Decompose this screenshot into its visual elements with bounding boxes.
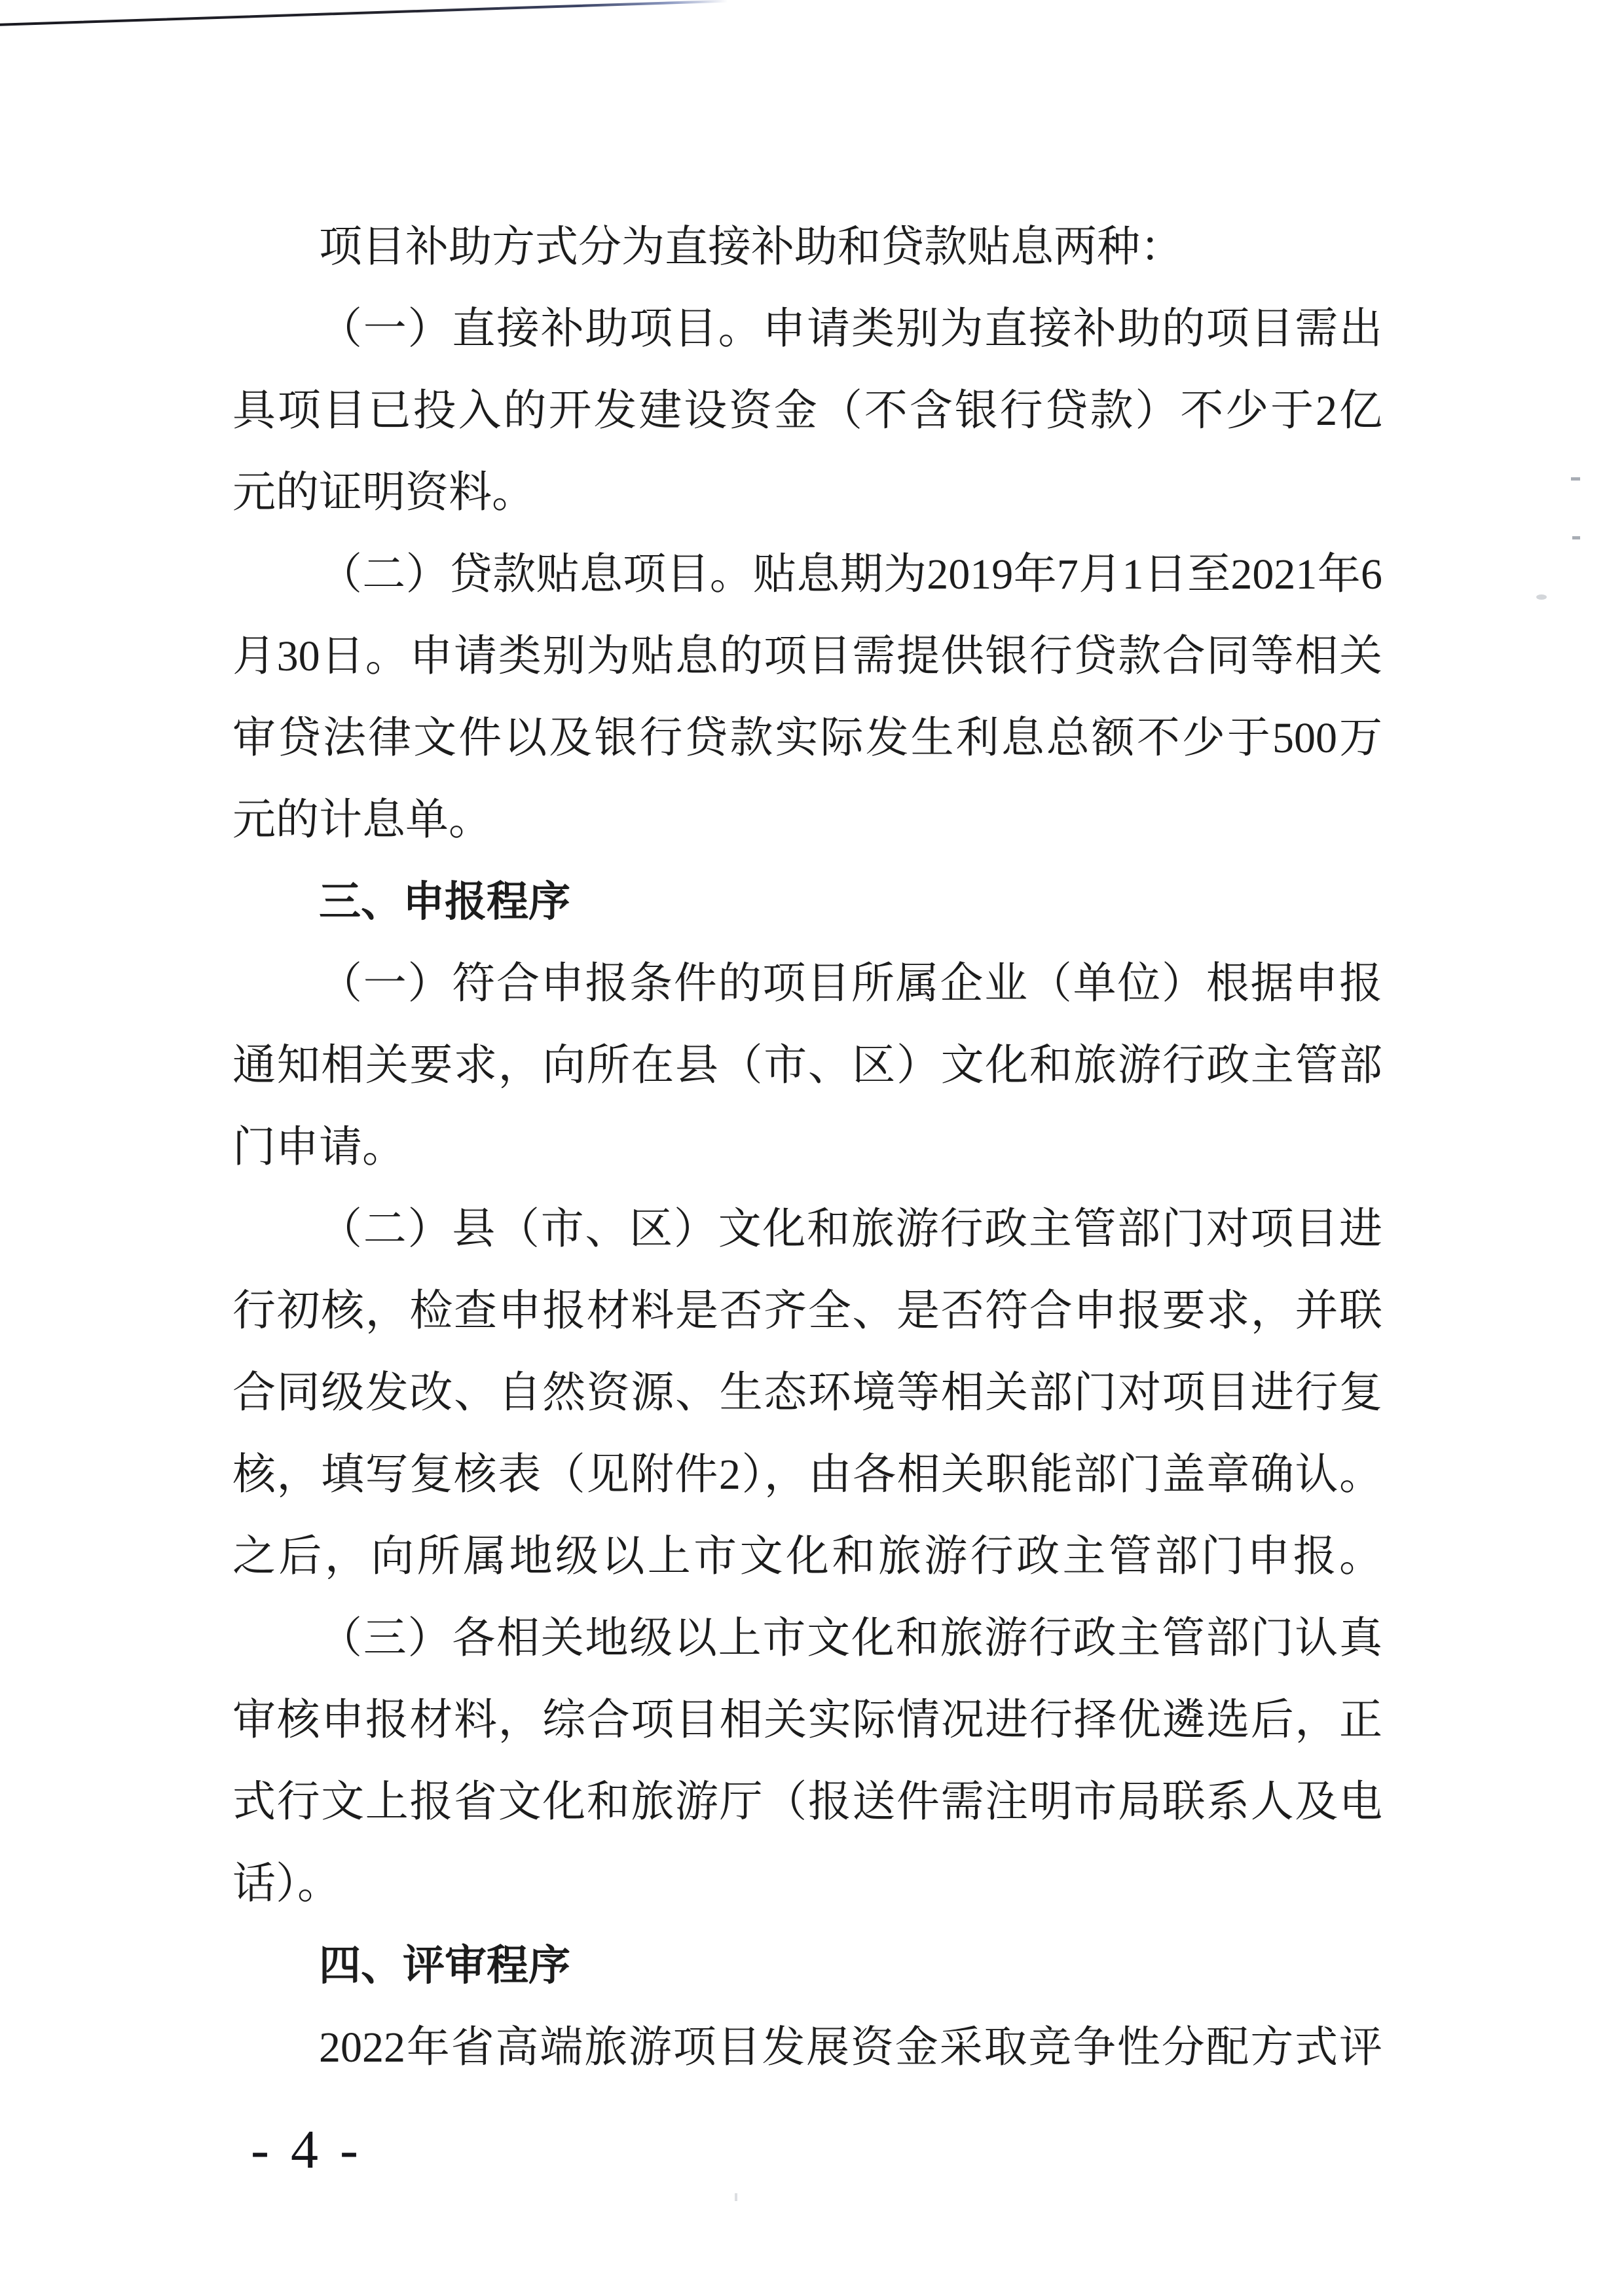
doc-line-3: 具项目已投入的开发建设资金（不含银行贷款）不少于2亿: [232, 370, 1382, 452]
doc-line-5: （二）贷款贴息项目。贴息期为2019年7月1日至2021年6: [232, 534, 1382, 615]
doc-line-10: （一）符合申报条件的项目所属企业（单位）根据申报: [232, 943, 1382, 1025]
doc-line-20: 式行文上报省文化和旅游厅（报送件需注明市局联系人及电: [232, 1761, 1382, 1843]
scan-speck: [1571, 477, 1580, 481]
doc-line-14: 行初核，检查申报材料是否齐全、是否符合申报要求，并联: [232, 1270, 1382, 1352]
doc-line-8: 元的计息单。: [232, 779, 1382, 861]
scan-speck: [735, 2193, 737, 2201]
doc-line-18: （三）各相关地级以上市文化和旅游行政主管部门认真: [232, 1597, 1382, 1679]
document-text-block: 项目补助方式分为直接补助和贷款贴息两种： （一）直接补助项目。申请类别为直接补助…: [232, 206, 1382, 2088]
doc-line-23: 2022年省高端旅游项目发展资金采取竞争性分配方式评: [232, 2007, 1382, 2088]
doc-line-7: 审贷法律文件以及银行贷款实际发生利息总额不少于500万: [232, 697, 1382, 779]
scanned-document-page: 项目补助方式分为直接补助和贷款贴息两种： （一）直接补助项目。申请类别为直接补助…: [0, 0, 1624, 2296]
doc-line-21: 话）。: [232, 1843, 1382, 1925]
doc-line-19: 审核申报材料，综合项目相关实际情况进行择优遴选后，正: [232, 1679, 1382, 1761]
heading-section-4: 四、评审程序: [232, 1925, 1382, 2007]
doc-line-6: 月30日。申请类别为贴息的项目需提供银行贷款合同等相关: [232, 615, 1382, 697]
doc-line-1: 项目补助方式分为直接补助和贷款贴息两种：: [232, 206, 1382, 288]
doc-line-17: 之后，向所属地级以上市文化和旅游行政主管部门申报。: [232, 1516, 1382, 1597]
scan-speck: [1536, 594, 1547, 600]
scan-artifact-line: [0, 0, 728, 26]
doc-line-12: 门申请。: [232, 1106, 1382, 1188]
doc-line-11: 通知相关要求，向所在县（市、区）文化和旅游行政主管部: [232, 1025, 1382, 1106]
doc-line-4: 元的证明资料。: [232, 452, 1382, 534]
heading-section-3: 三、申报程序: [232, 861, 1382, 943]
scan-speck: [1572, 536, 1580, 539]
doc-line-16: 核，填写复核表（见附件2），由各相关职能部门盖章确认。: [232, 1434, 1382, 1516]
page-number: - 4 -: [251, 2123, 362, 2178]
doc-line-15: 合同级发改、自然资源、生态环境等相关部门对项目进行复: [232, 1352, 1382, 1434]
doc-line-2: （一）直接补助项目。申请类别为直接补助的项目需出: [232, 288, 1382, 370]
doc-line-13: （二）县（市、区）文化和旅游行政主管部门对项目进: [232, 1188, 1382, 1270]
